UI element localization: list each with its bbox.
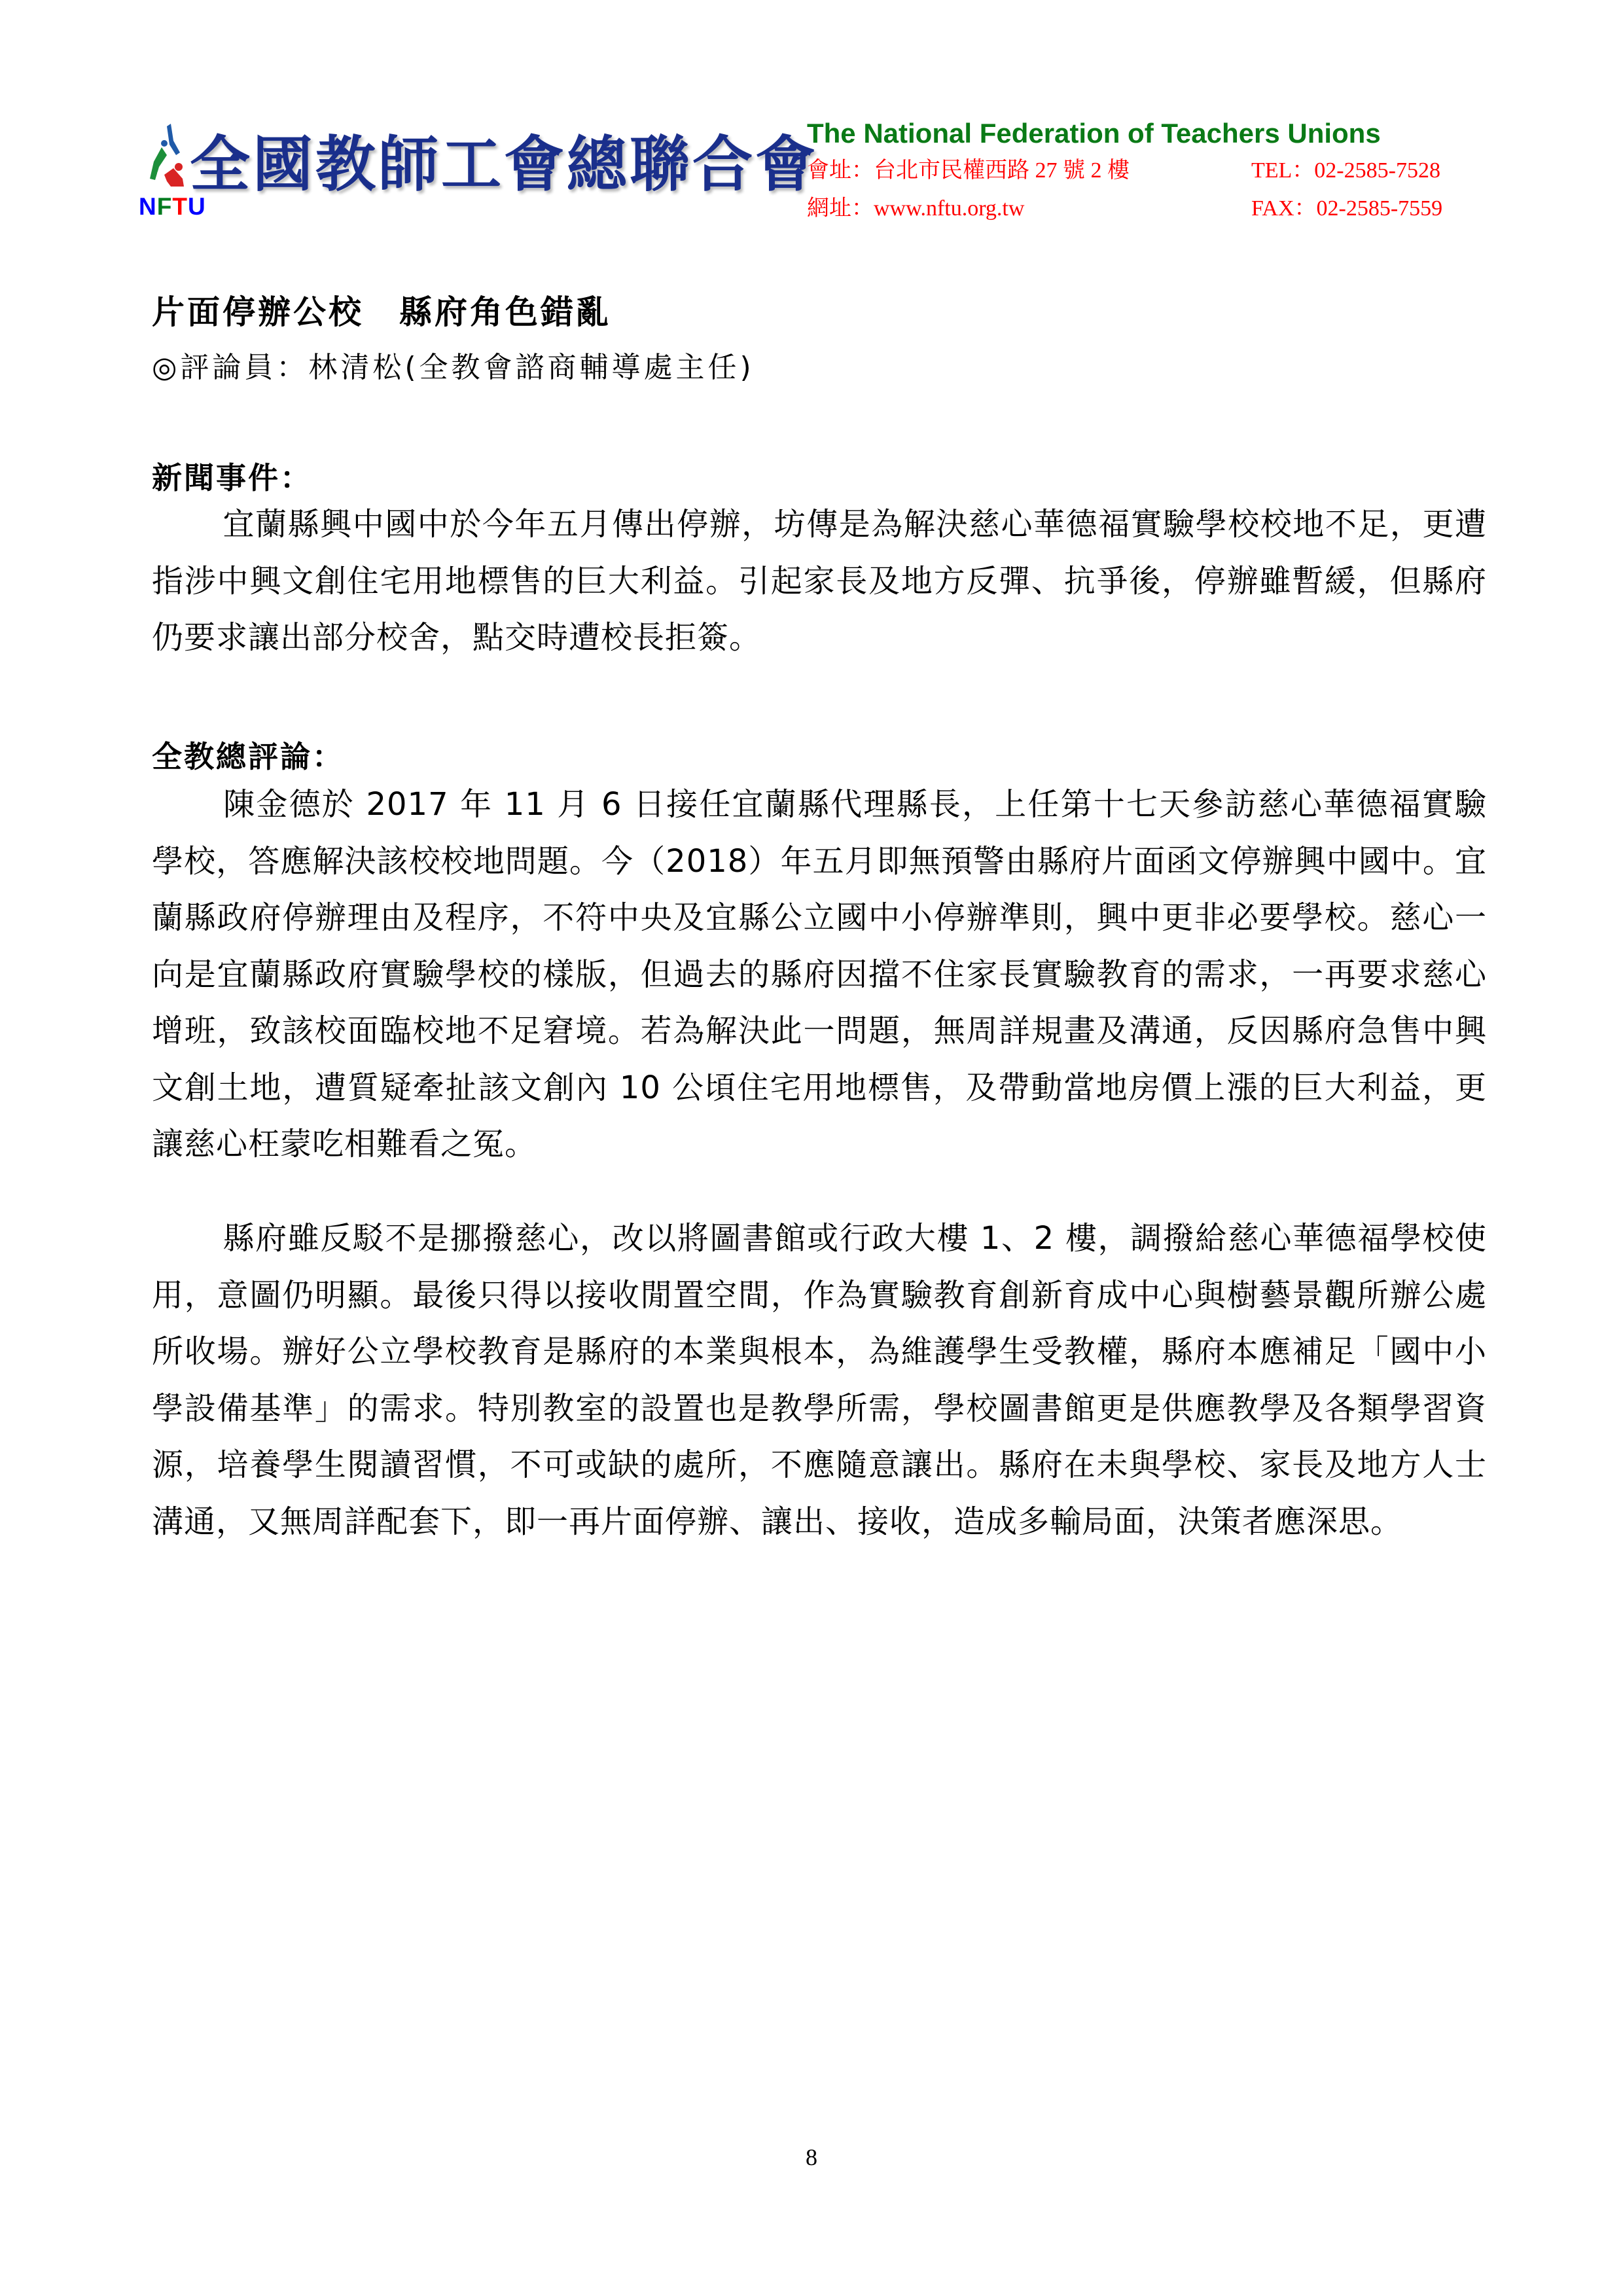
nftu-logo-icon — [147, 121, 187, 193]
org-name-chinese: 全國教師工會總聯合會 — [190, 117, 818, 203]
article-byline: ◎評論員：林清松(全教會諮商輔導處主任) — [152, 344, 755, 386]
page-number: 8 — [0, 2144, 1623, 2171]
news-paragraph: 宜蘭縣興中國中於今年五月傳出停辦，坊傳是為解決慈心華德福實驗學校校地不足，更遭指… — [152, 496, 1487, 666]
address: 會址：台北市民權西路 27 號 2 樓 — [807, 152, 1130, 184]
telephone: TEL：02-2585-7528 — [1251, 152, 1440, 184]
section-heading-commentary: 全教總評論： — [152, 733, 344, 776]
fax: FAX：02-2585-7559 — [1251, 190, 1442, 222]
org-name-english: The National Federation of Teachers Unio… — [807, 118, 1381, 149]
section-heading-news: 新聞事件： — [152, 454, 312, 497]
commentary-paragraph: 陳金德於 2017 年 11 月 6 日接任宜蘭縣代理縣長，上任第十七天參訪慈心… — [152, 776, 1487, 1173]
website: 網址：www.nftu.org.tw — [807, 190, 1024, 222]
article-title: 片面停辦公校 縣府角色錯亂 — [152, 286, 611, 333]
commentary-paragraph: 縣府雖反駁不是挪撥慈心，改以將圖書館或行政大樓 1、2 樓，調撥給慈心華德福學校… — [152, 1210, 1487, 1550]
letterhead: NFTU 全國教師工會總聯合會 The National Federation … — [0, 0, 1623, 249]
